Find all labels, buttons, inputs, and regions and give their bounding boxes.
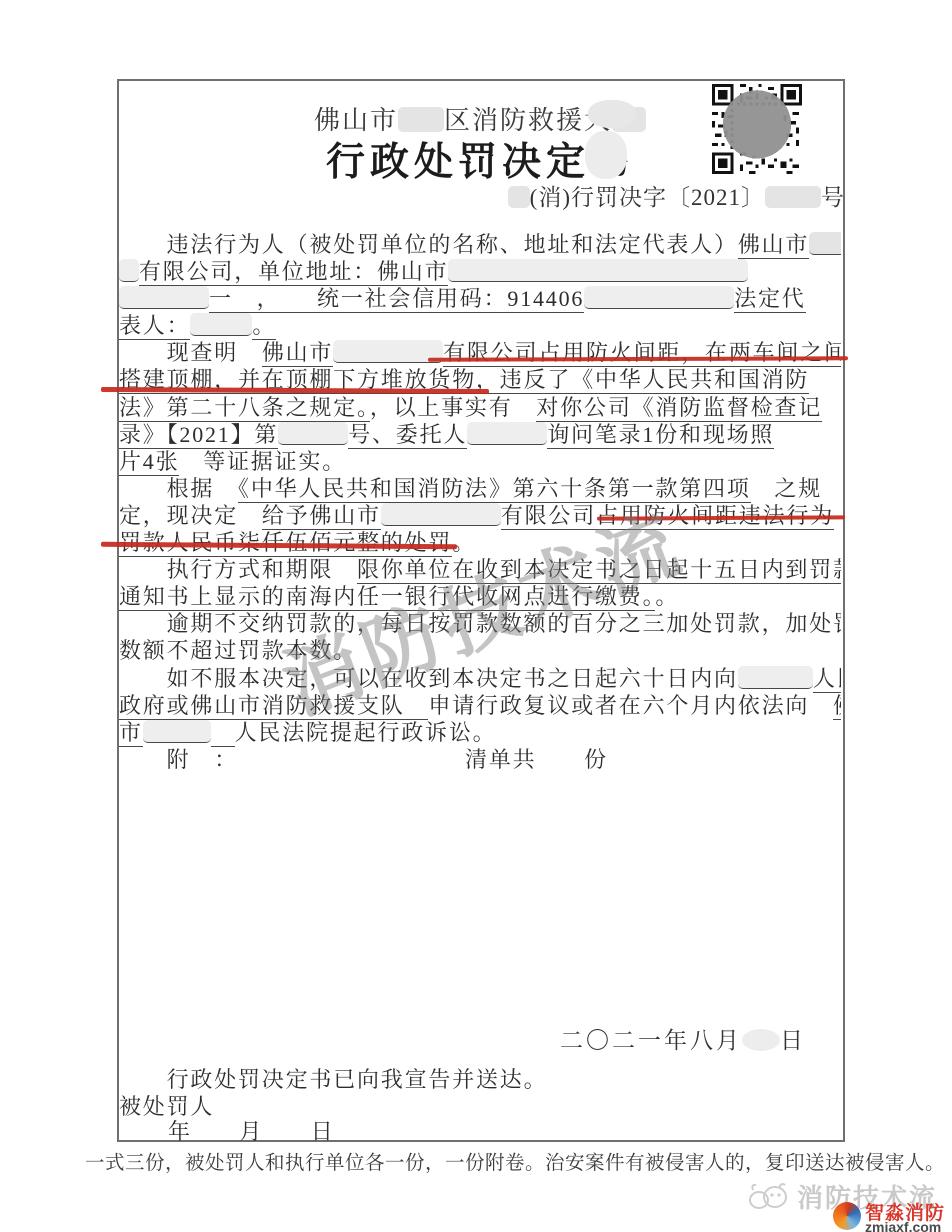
text-segment: 一 ， 统一社会信用码：914406 [209,286,584,313]
qr-privacy-circle [723,90,791,158]
document-body: 违法行为人（被处罚单位的名称、地址和法定代表人）佛山市有限公司，单位地址：佛山市… [119,231,841,773]
text-segment: 。 [452,530,476,555]
text-segment: 。 [655,584,679,609]
date-segments-slot: 二〇二一年八月日 [560,1028,806,1053]
redaction-blur [119,259,139,282]
redaction-blur [467,422,547,445]
text-segment: 政府或佛山市消防救援支队 [119,693,428,720]
doc-line: 政府或佛山市消防救援支队 申请行政复议或者在六个月内依法向 佛山 [119,692,841,719]
text-segment: 之规 [751,476,822,501]
doc-line: 一 ， 统一社会信用码：914406法定代 [119,285,841,312]
text-segment: 号、委托人 [348,422,467,449]
redaction-blur [143,720,211,743]
doc-line: 现查明 佛山市有限公司占用防火间距，在两车间之间 [119,339,841,366]
doc-line: 数额不超过罚款本数。 [119,637,841,664]
redaction-blur [190,313,252,336]
corner-watermark: 消防技术流 智淼消防 zmjaxf.com [745,1172,952,1232]
redaction-blur [508,186,530,208]
text-segment: 法》第二十八条之规定。 [119,395,370,422]
redaction-blur [738,666,813,689]
text-segment: 份 [584,747,608,772]
text-segment: 市 [119,720,143,747]
redaction-blur [585,131,627,179]
redaction-blur [333,340,443,363]
redaction-blur [765,186,821,208]
text-segment: 通知书上显示的南海内任一银行代收网点进行缴费。 [119,584,655,611]
text-segment: 申请行政复议或者在六个月内依法向 [428,693,833,718]
text-segment: 佛山市 [262,340,333,367]
text-segment: 。 [252,313,276,340]
brand-site: zmjaxf.com [865,1219,941,1232]
text-segment: 执行方式和期限 [119,557,357,582]
redaction-blur [448,259,748,282]
doc-line: 根据 《中华人民共和国消防法》第六十条第一款第四项 之规 [119,475,841,502]
text-segment: ，以上事实有 [370,395,537,420]
text-segment: 法定代 [734,286,805,313]
qr-code-graphic [712,84,802,174]
doc-line: 法》第二十八条之规定。，以上事实有 对你公司《消防监督检查记 [119,394,841,421]
doc-no-segments-slot: (消)行罚决字〔2021〕号 [508,185,845,210]
text-segment: 有限公司，单位地址：佛山市 [139,259,448,286]
text-segment: 佛山市 [738,232,809,259]
text-segment: 有限公司占用防火间距，在两车间之间 [443,340,841,367]
decision-date: 二〇二一年八月日 [560,1022,806,1055]
text-segment: 号 [821,185,845,210]
signature-date-blank: 年 月 日 [168,1115,335,1146]
doc-line: 违法行为人（被处罚单位的名称、地址和法定代表人）佛山市 [119,231,841,258]
redaction-blur [584,286,734,309]
doc-line: 如不服本决定，可以在收到本决定书之日起六十日内向人民 [119,665,841,692]
text-segment [227,747,465,773]
text-segment: 二〇二一年八月 [560,1028,742,1053]
text-segment: 人民法院提起行政诉讼。 [235,720,497,745]
text-segment: 佛山 [833,693,841,720]
doc-line: 片4张 等证据证实。 [119,448,841,475]
text-segment: 给予佛山市 [262,503,381,530]
doc-line: 有限公司，单位地址：佛山市 [119,258,841,285]
doc-line: 附 ： 清单共 份 [119,746,841,773]
text-segment: 如不服本决定，可以在收到本决定书之日起六十日内向 [119,666,738,691]
redaction-blur [588,100,636,128]
doc-line: 录》【2021】第号、委托人询问笔录1份和现场照 [119,421,841,448]
qr-code [712,84,802,174]
redaction-blur [381,503,501,526]
text-segment: 附 ： [119,747,227,772]
text-segment: 录》【2021】第 [119,422,278,449]
copies-note: 一式三份，被处罚人和执行单位各一份，一份附卷。治安案件有被侵害人的，复印送达被侵… [85,1147,885,1175]
text-segment [536,747,584,773]
text-segment: 片4张 [119,449,179,476]
text-segment: 《中华人民共和国消防法》第六十条第一款第四项 [238,476,751,503]
doc-line: 市 人民法院提起行政诉讼。 [119,719,841,746]
text-segment: 数额不超过罚款本数。 [119,638,357,663]
scanned-penalty-document: { "header": { "org_segments": [ {"t": "佛… [0,0,952,1232]
text-segment: 清单共 [465,747,536,772]
redaction-blur [278,422,348,445]
redaction-blur [809,232,841,255]
text-segment: 定，现决定 [119,503,262,528]
text-segment: 现查明 [119,340,262,365]
text-segment: 逾期不交纳罚款的，每日按罚款数额的百分之三加处罚款，加处罚款的 [119,611,841,636]
text-segment: 日 [780,1028,806,1053]
text-segment: 限你单位在收到本决定书之日起十五日内到罚款 [357,557,841,584]
text-segment: 等证据证实。 [179,449,346,474]
doodle-face-icon [745,1180,793,1214]
text-segment: 根据 [119,476,238,501]
redaction-blur [398,107,444,132]
doc-line: 表人：。 [119,312,841,339]
doc-line: 逾期不交纳罚款的，每日按罚款数额的百分之三加处罚款，加处罚款的 [119,610,841,637]
doc-line: 通知书上显示的南海内任一银行代收网点进行缴费。。 [119,583,841,610]
document-number: (消)行罚决字〔2021〕号 [508,179,845,212]
text-segment: 询问笔录1份和现场照 [547,422,774,449]
text-segment: 对你公司《消防监督检查记 [536,395,822,422]
text-segment: (消)行罚决字〔2021〕 [530,185,765,210]
doc-line: 执行方式和期限 限你单位在收到本决定书之日起十五日内到罚款 [119,556,841,583]
text-segment: 人民 [813,666,841,693]
text-segment: 表人： [119,313,190,340]
text-segment [211,720,235,747]
redaction-blur [119,286,209,309]
redaction-blur [742,1029,780,1051]
brand-swirl-icon [833,1202,861,1230]
text-segment: 违法行为人（被处罚单位的名称、地址和法定代表人） [119,232,738,257]
